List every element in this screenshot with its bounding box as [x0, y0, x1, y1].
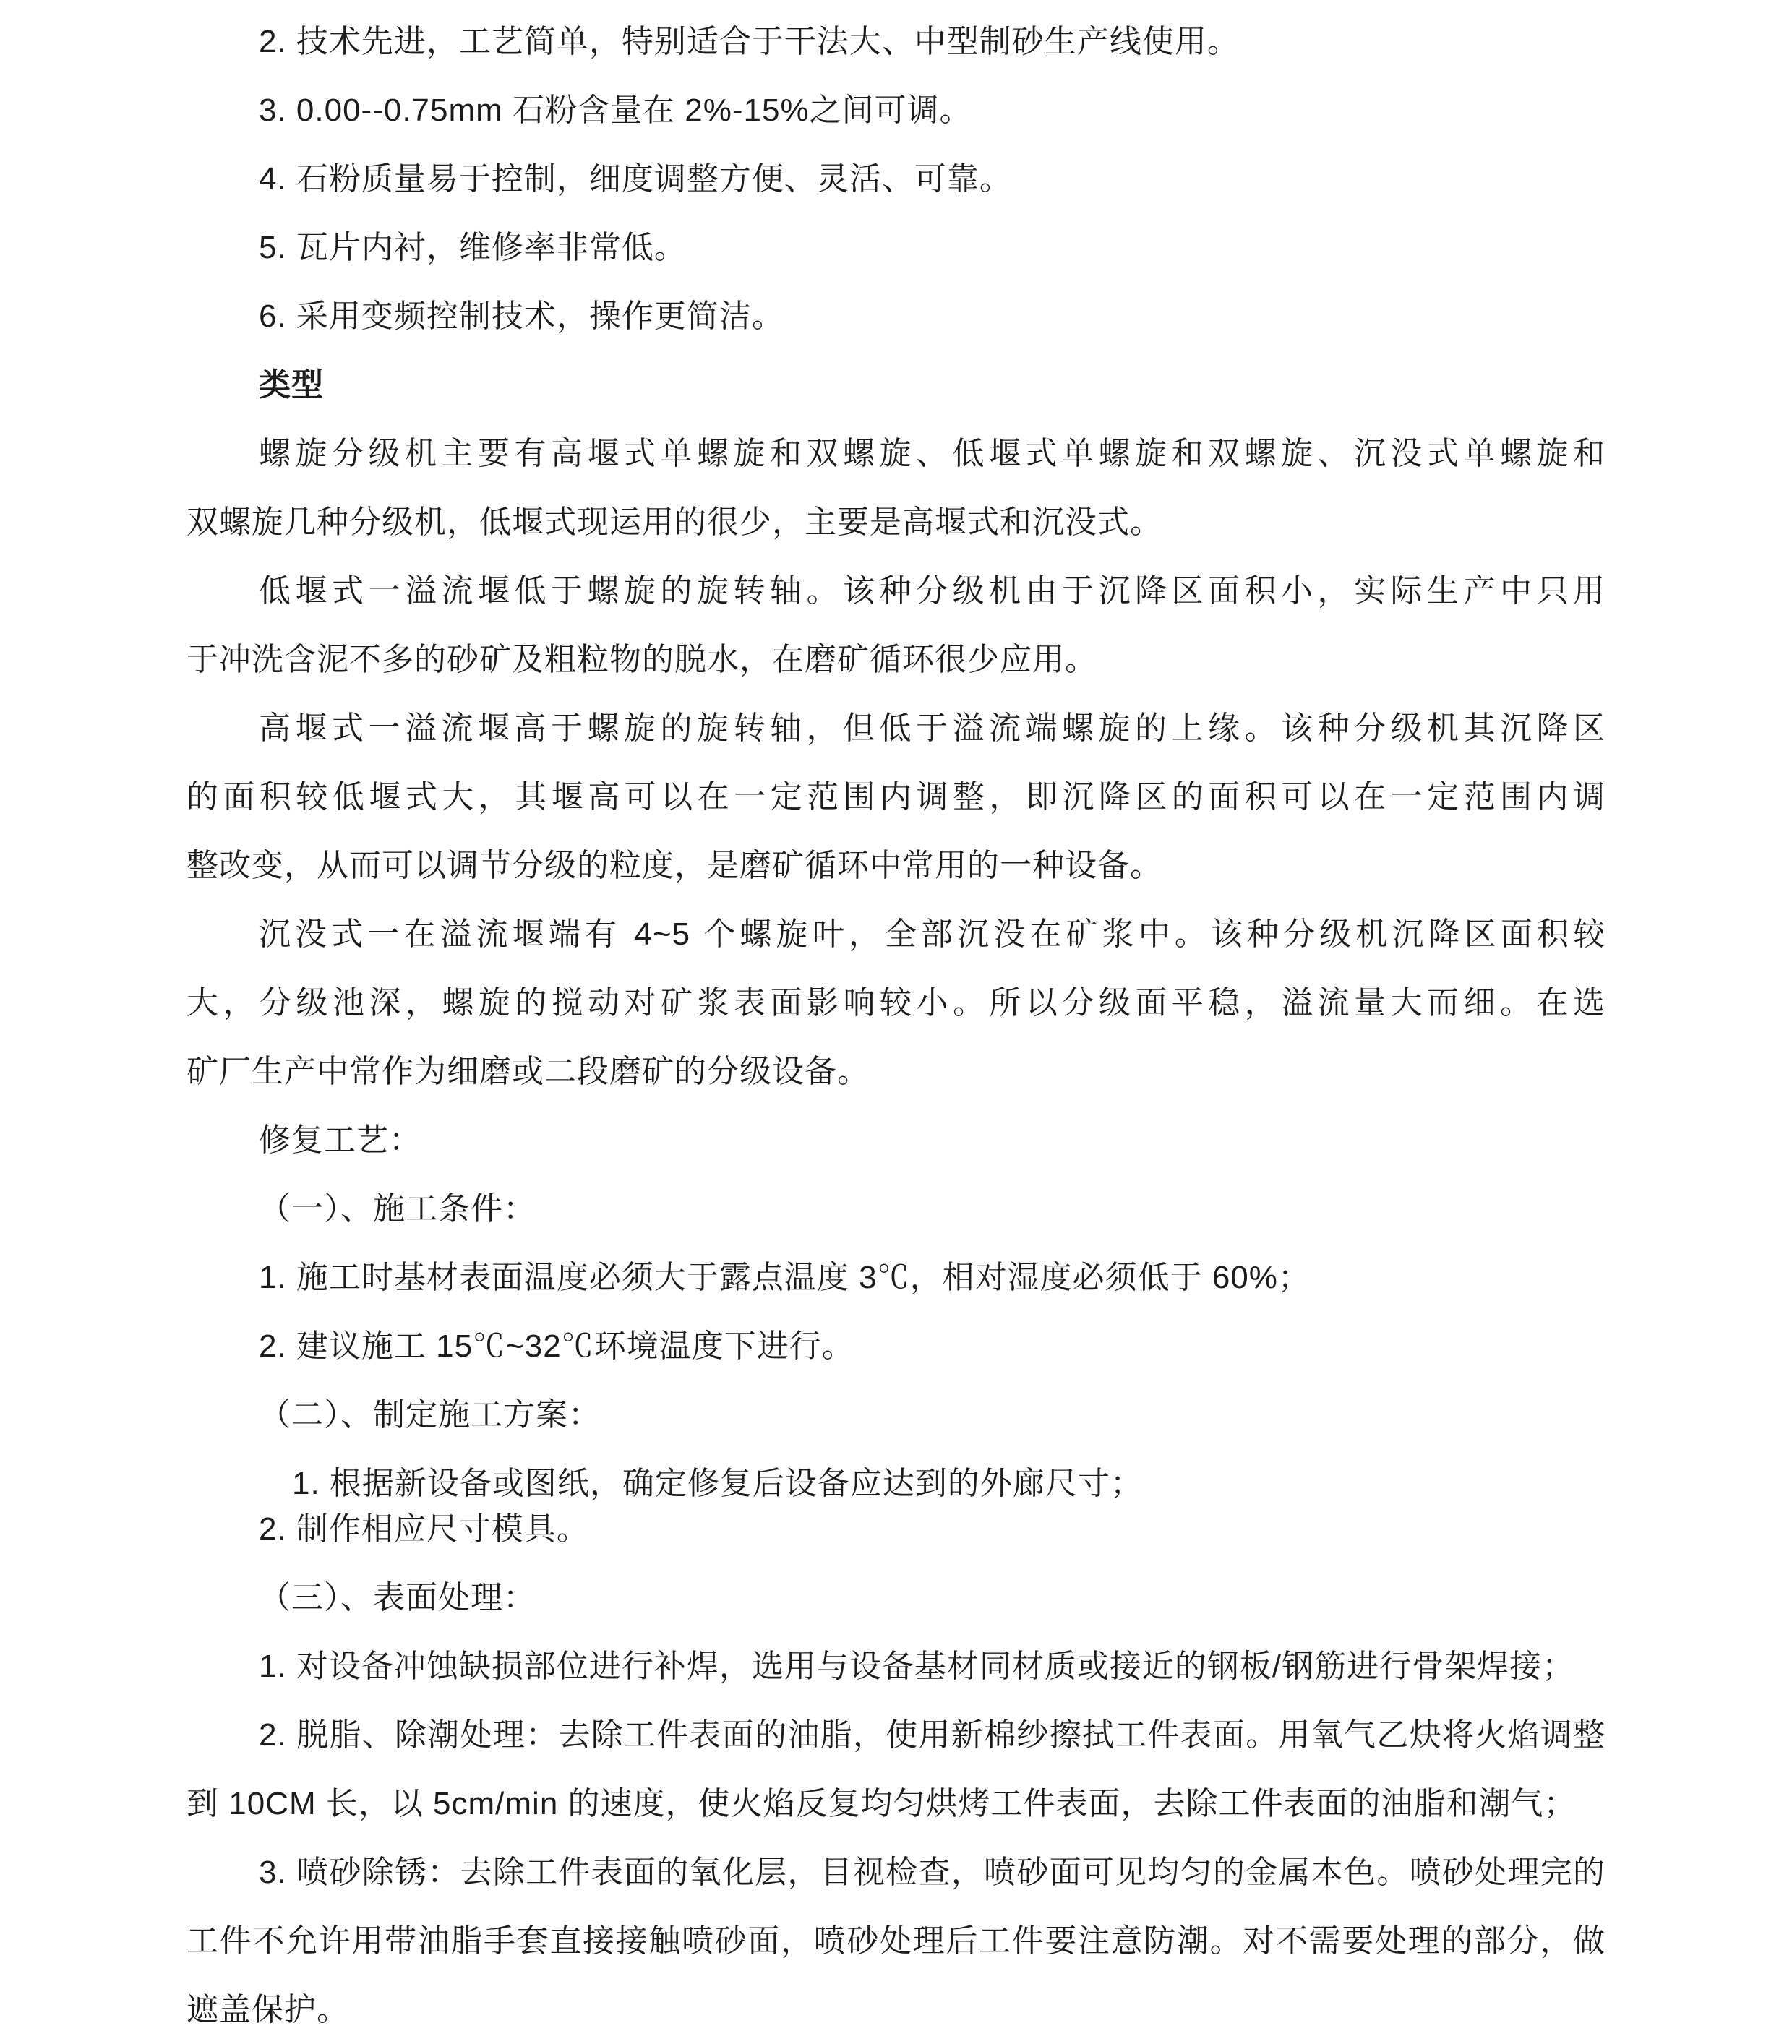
text-line: 工件不允许用带油脂手套直接接触喷砂面，喷砂处理后工件要注意防潮。对不需要处理的部…	[187, 1907, 1605, 1975]
text-line: 低堰式一溢流堰低于螺旋的旋转轴。该种分级机由于沉降区面积小，实际生产中只用	[187, 557, 1605, 625]
text-line: 2. 建议施工 15℃~32℃环境温度下进行。	[187, 1312, 1605, 1380]
text-line: 1. 对设备冲蚀缺损部位进行补焊，选用与设备基材同材质或接近的钢板/钢筋进行骨架…	[187, 1632, 1605, 1701]
text-line: （一）、施工条件：	[187, 1175, 1605, 1243]
text-line: 双螺旋几种分级机，低堰式现运用的很少，主要是高堰式和沉没式。	[187, 488, 1605, 557]
text-line: 2. 脱脂、除潮处理：去除工件表面的油脂，使用新棉纱擦拭工件表面。用氧气乙炔将火…	[187, 1701, 1605, 1769]
text-line: 4. 石粉质量易于控制，细度调整方便、灵活、可靠。	[187, 145, 1605, 213]
text-line: 5. 瓦片内衬，维修率非常低。	[187, 213, 1605, 282]
text-line: 矿厂生产中常作为细磨或二段磨矿的分级设备。	[187, 1037, 1605, 1106]
text-line: （三）、表面处理：	[187, 1563, 1605, 1632]
text-line: 大，分级池深，螺旋的搅动对矿浆表面影响较小。所以分级面平稳，溢流量大而细。在选	[187, 969, 1605, 1037]
text-line: 类型	[187, 351, 1605, 419]
text-line: 1. 施工时基材表面温度必须大于露点温度 3℃，相对湿度必须低于 60%；	[187, 1243, 1605, 1312]
document-page: 2. 技术先进，工艺简单，特别适合于干法大、中型制砂生产线使用。3. 0.00-…	[0, 0, 1792, 2044]
text-line: 螺旋分级机主要有高堰式单螺旋和双螺旋、低堰式单螺旋和双螺旋、沉没式单螺旋和	[187, 419, 1605, 488]
text-line: 的面积较低堰式大，其堰高可以在一定范围内调整，即沉降区的面积可以在一定范围内调	[187, 763, 1605, 831]
text-line: 2. 技术先进，工艺简单，特别适合于干法大、中型制砂生产线使用。	[187, 7, 1605, 76]
text-line: 整改变，从而可以调节分级的粒度，是磨矿循环中常用的一种设备。	[187, 831, 1605, 900]
text-line: 于冲洗含泥不多的砂矿及粗粒物的脱水，在磨矿循环很少应用。	[187, 625, 1605, 694]
text-line: 6. 采用变频控制技术，操作更简洁。	[187, 282, 1605, 351]
text-line: （二）、制定施工方案：	[187, 1380, 1605, 1449]
text-line: 遮盖保护。	[187, 1975, 1605, 2044]
text-line: 3. 喷砂除锈：去除工件表面的氧化层，目视检查，喷砂面可见均匀的金属本色。喷砂处…	[187, 1838, 1605, 1907]
text-line: 沉没式一在溢流堰端有 4~5 个螺旋叶，全部沉没在矿浆中。该种分级机沉降区面积较	[187, 900, 1605, 969]
document-body: 2. 技术先进，工艺简单，特别适合于干法大、中型制砂生产线使用。3. 0.00-…	[187, 7, 1605, 2044]
text-line: 修复工艺：	[187, 1106, 1605, 1175]
text-line: 3. 0.00--0.75mm 石粉含量在 2%-15%之间可调。	[187, 76, 1605, 145]
text-line: 到 10CM 长，以 5cm/min 的速度，使火焰反复均匀烘烤工件表面，去除工…	[187, 1769, 1605, 1838]
text-line: 高堰式一溢流堰高于螺旋的旋转轴，但低于溢流端螺旋的上缘。该种分级机其沉降区	[187, 694, 1605, 763]
